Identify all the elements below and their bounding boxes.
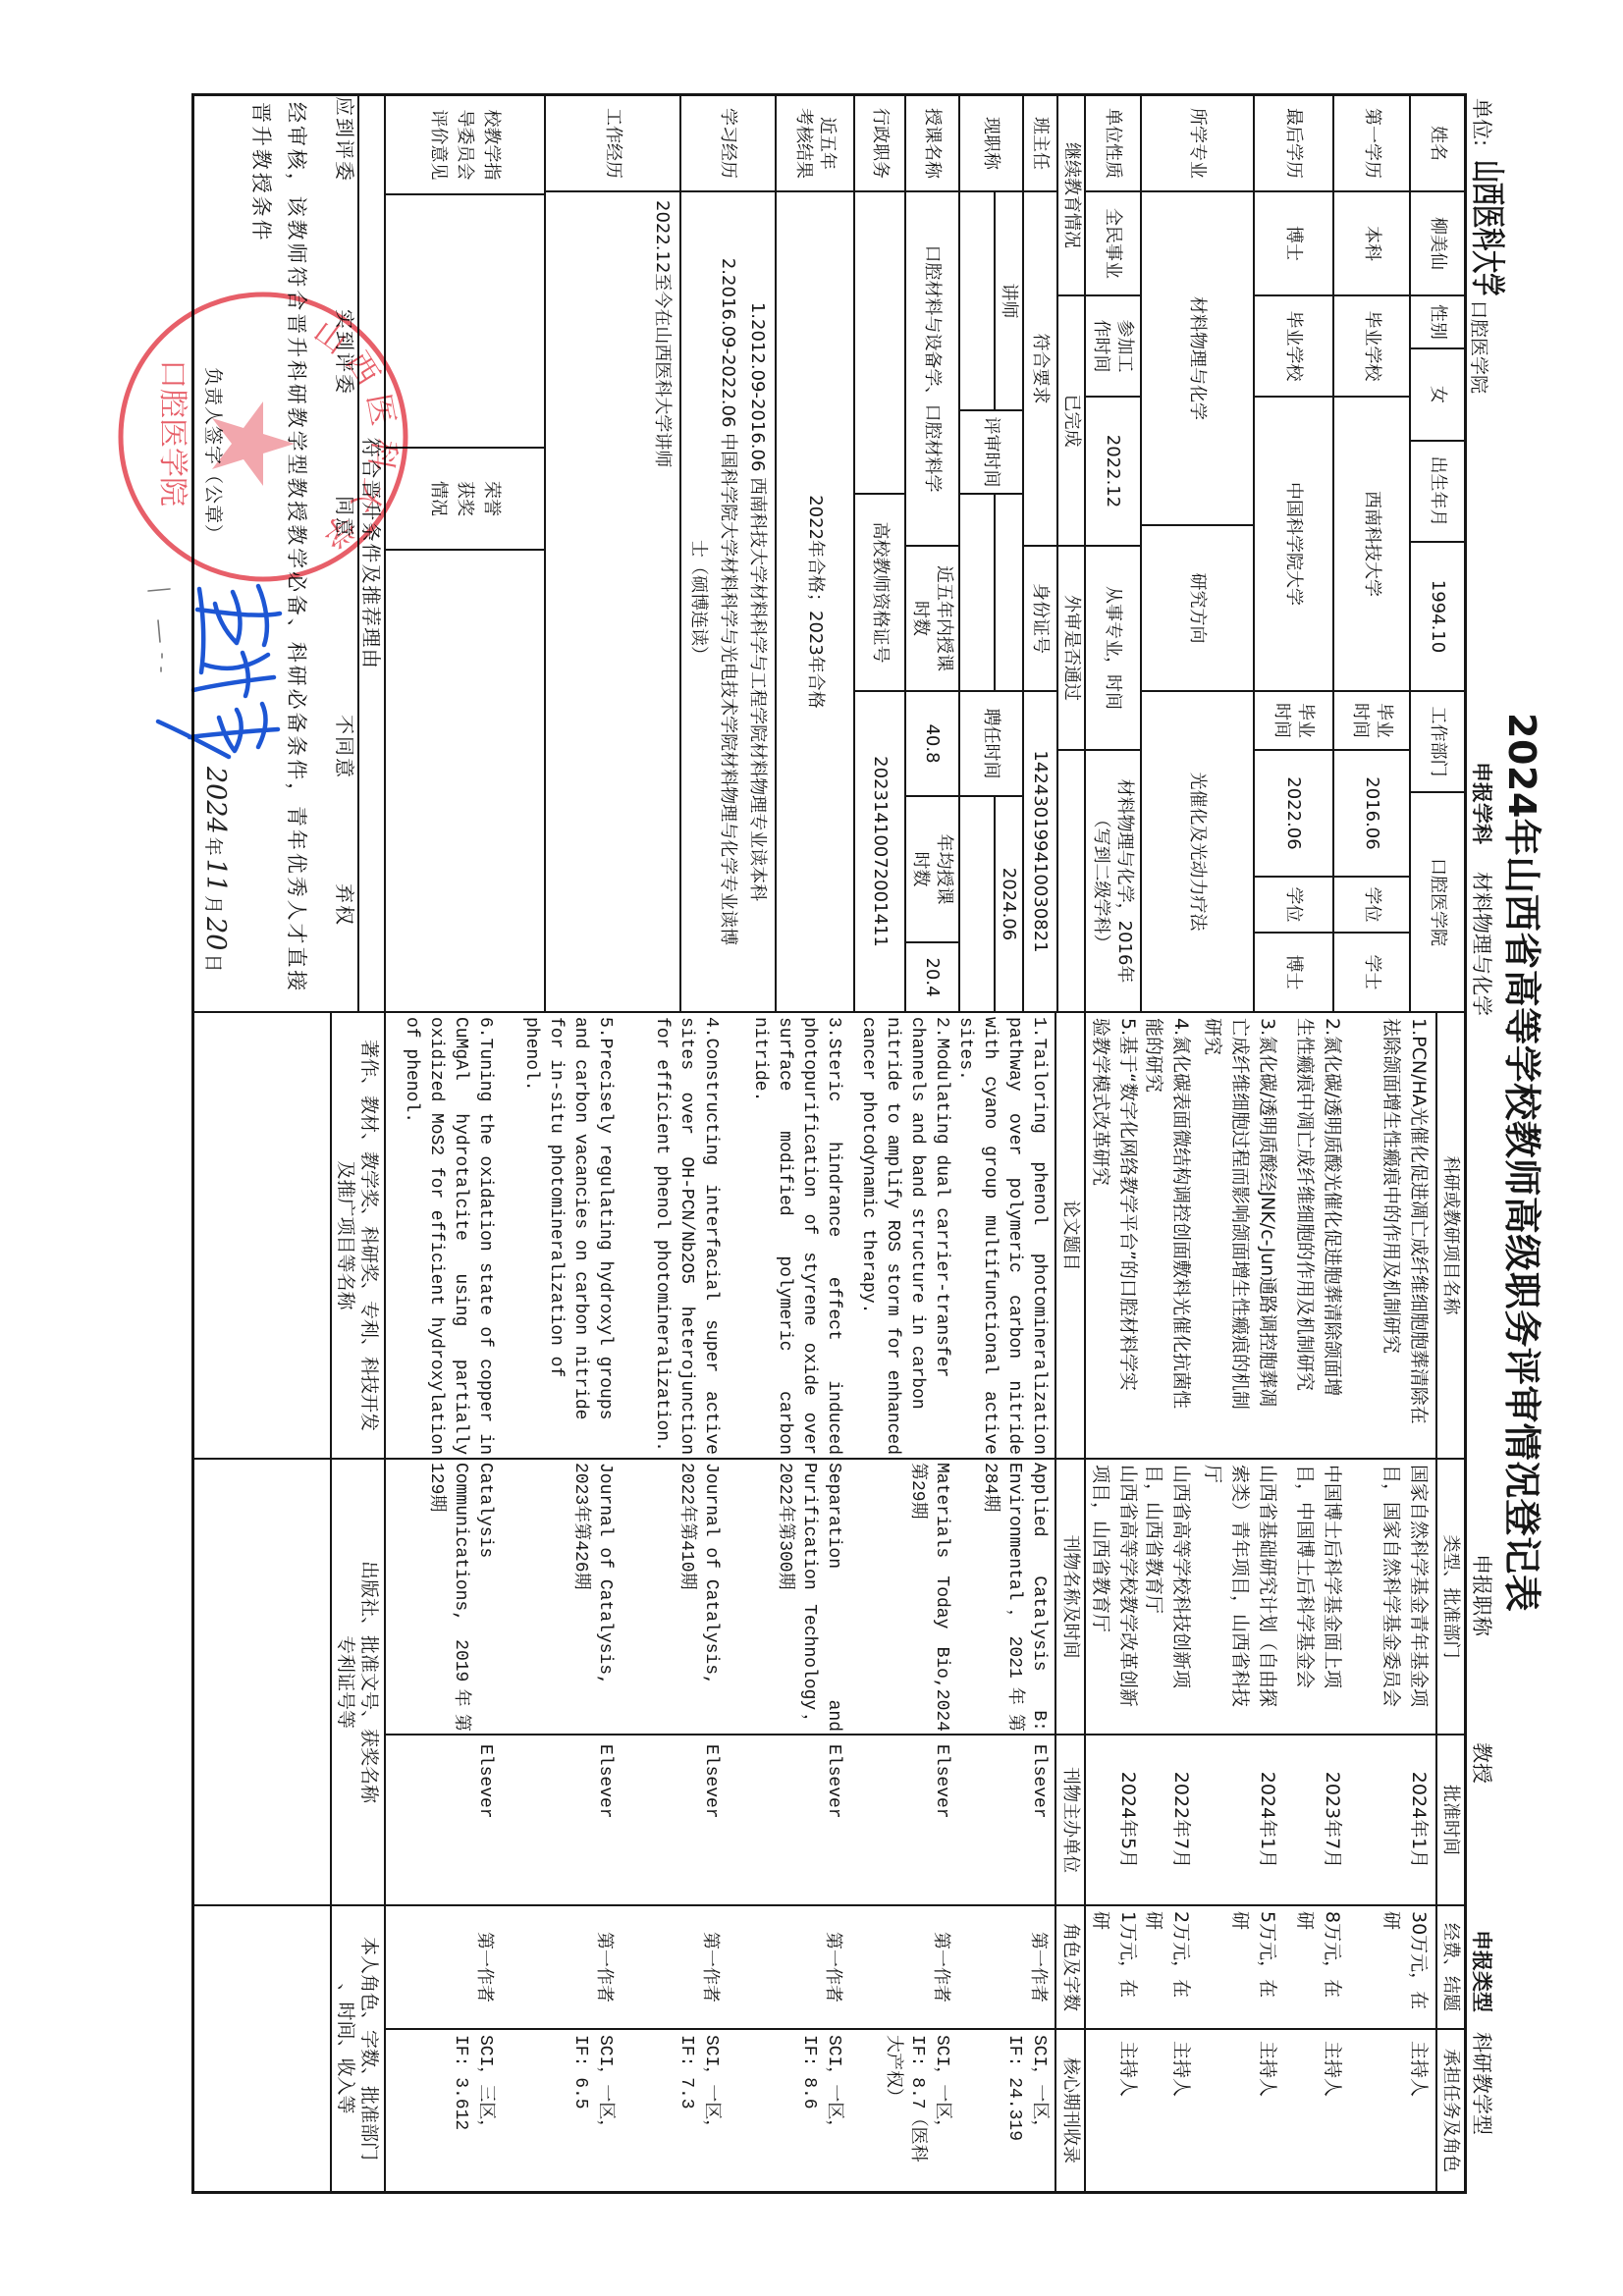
review-time-blank bbox=[959, 494, 995, 691]
project-role: 主持人 bbox=[1114, 2041, 1142, 2188]
works-column-publisher bbox=[193, 1459, 331, 1905]
first-education-label: 第一学历 bbox=[1333, 95, 1410, 191]
paper-role: 第一作者 bbox=[592, 1905, 617, 2029]
id-number-value: 142430199410030821 bbox=[1023, 691, 1057, 1012]
paper-title-line: nitride to amplify ROS storm for enhance… bbox=[880, 1017, 904, 1455]
paper-title-line: for in-situ photomineralization of bbox=[543, 1017, 568, 1455]
paper-publisher: Elsever bbox=[821, 1744, 845, 1901]
paper-title: 1.Tailoring phenol photomineralization p… bbox=[952, 1017, 1051, 1455]
head-teacher-label: 班主任 bbox=[1023, 95, 1057, 191]
project-approval: 国家自然科学基金青年基金项 目，国家自然科学基金委员会 bbox=[1378, 1465, 1433, 1732]
project-approval: 山西省高等学校教学改革创新 项目，山西省教育厅 bbox=[1087, 1465, 1142, 1732]
project-header-role: 承担任务及角色 bbox=[1436, 2029, 1465, 2192]
date-day-unit: 日 bbox=[201, 953, 228, 972]
paper-journal-line: 2023年第426期 bbox=[568, 1463, 592, 1732]
work-dept-value: 口腔医学院 bbox=[1410, 792, 1465, 1012]
paper-journal-line: 284期 bbox=[977, 1463, 1001, 1732]
paper-title: 2.Modulating dual carrier-transfer chann… bbox=[855, 1017, 953, 1455]
project-date: 2024年5月 bbox=[1114, 1735, 1142, 1905]
admin-post-value bbox=[854, 191, 905, 494]
paper-title: 6.Tuning the oxidation state of copper i… bbox=[399, 1017, 497, 1455]
paper-indexing: SCI，三区， IF: 3.612 bbox=[448, 2035, 497, 2190]
appoint-time-value: 2024.06 bbox=[995, 796, 1023, 1012]
teacher-cert-value: 20231410072001411 bbox=[854, 691, 905, 1012]
paper-role: 第一作者 bbox=[698, 1905, 723, 2029]
works-header-publisher: 出版社、批准文号、获奖名称 专利证号等 bbox=[331, 1459, 385, 1905]
last-grad-value: 2022.06 bbox=[1254, 750, 1333, 877]
project-name: 4.氮化碳表面微结构调控创面敷料光催化抗菌性 能的研究 bbox=[1140, 1018, 1195, 1456]
first-education-value: 本科 bbox=[1333, 191, 1410, 295]
paper-title-line: photopurification of styrene oxide over bbox=[796, 1017, 821, 1455]
paper-indexing: SCI，一区， IF: 24.319 bbox=[1001, 2035, 1051, 2190]
paper-indexing: SCI，一区， IF: 7.3 bbox=[674, 2035, 723, 2190]
paper-title: 5.Precisely regulating hydroxyl groups a… bbox=[518, 1017, 617, 1455]
paper-journal-line: Purification Technology， bbox=[796, 1463, 821, 1732]
unit-department: 口腔医学院 bbox=[1466, 300, 1491, 394]
external-review-value bbox=[1057, 750, 1085, 1012]
seal-star-icon bbox=[212, 401, 295, 486]
paper-header-journal: 刊物名称及时间 bbox=[1055, 1459, 1085, 1735]
project-approval: 中国博士后科学基金面上项 目，中国博士后科学基金会 bbox=[1291, 1465, 1346, 1732]
continuing-education-value: 已完成 bbox=[1057, 295, 1085, 546]
external-review-label: 外审是否通过 bbox=[1057, 546, 1085, 750]
current-title-label: 现职称 bbox=[959, 95, 1023, 191]
paper-indexing: SCI，一区， IF: 8.7（医科 大产权） bbox=[880, 2035, 953, 2190]
assessment-label: 近五年 考核结果 bbox=[776, 95, 854, 191]
paper-title-line: for efficient phenol photomineralization… bbox=[649, 1017, 674, 1455]
study-history-label: 学习经历 bbox=[680, 95, 776, 191]
appoint-time-blank bbox=[959, 796, 995, 1012]
project-role: 主持人 bbox=[1405, 2041, 1433, 2188]
seal-arc-textpath: 山西医科大学 bbox=[307, 312, 405, 561]
abstain-label: 弃权 bbox=[333, 883, 356, 927]
paper-header-indexing: 核心期刊收录 bbox=[1055, 2029, 1085, 2192]
paper-role: 第一作者 bbox=[1026, 1905, 1051, 2029]
date-year-unit: 年 bbox=[201, 837, 228, 856]
paper-journal-line: 2022年第410期 bbox=[674, 1463, 698, 1732]
paper-title-line: nitride. bbox=[747, 1017, 772, 1455]
project-approval: 山西省基础研究计划（自由探 索类）青年项目，山西省科技 厅 bbox=[1199, 1465, 1281, 1732]
courses-value: 口腔材料与设备学、口腔材料学 bbox=[905, 191, 959, 546]
current-title-value: 讲师 bbox=[995, 191, 1023, 410]
project-funding: 5万元，在 研 bbox=[1226, 1911, 1281, 2025]
subject-value: 材料物理与化学 bbox=[1469, 872, 1494, 1016]
last-school-label: 毕业学校 bbox=[1254, 295, 1333, 397]
unit-name: 山西医科大学 bbox=[1466, 160, 1509, 295]
seal-center-text: 口腔医学院 bbox=[155, 359, 189, 507]
paper-role: 第一作者 bbox=[821, 1905, 845, 2029]
teaching-hours-5yr-label: 近五年内授课 时数 bbox=[905, 546, 959, 691]
applied-type-label: 申报类型 bbox=[1469, 1930, 1494, 2012]
paper-title-line: sites. bbox=[952, 1017, 977, 1455]
project-name: 2.氮化碳/透明质酸光催化促进胞葬清除颌面增 生性瘢痕中凋亡成纤维细胞的作用及机… bbox=[1291, 1018, 1346, 1456]
study-history-value: 1.2012.09-2016.06 西南科技大学材料科学与工程学院材料物理专业读… bbox=[680, 191, 776, 1012]
paper-journal-line: 129期 bbox=[423, 1463, 448, 1732]
work-history-value: 2022.12至今在山西医科大学讲师 bbox=[545, 191, 680, 1012]
continuing-education-label: 继续教育情况 bbox=[1057, 95, 1085, 295]
paper-indexing: SCI，一区， IF: 8.6 bbox=[796, 2035, 845, 2190]
paper-title-line: 5.Precisely regulating hydroxyl groups bbox=[592, 1017, 617, 1455]
paper-title: 4.Constructing interfacial super active … bbox=[649, 1017, 723, 1455]
date-month-unit: 月 bbox=[201, 895, 228, 914]
official-seal-stamp: 山西医科大学 口腔医学院 bbox=[116, 290, 410, 584]
seal-arc-text: 山西医科大学 bbox=[307, 312, 405, 561]
project-header-name: 科研或教研项目名称 bbox=[1436, 1012, 1465, 1459]
applied-title-value: 教授 bbox=[1469, 1742, 1494, 1784]
paper-title: 3.Steric hindrance effect induced photop… bbox=[747, 1017, 845, 1455]
first-degree-value: 学士 bbox=[1333, 933, 1410, 1012]
paper-title-line: 6.Tuning the oxidation state of copper i… bbox=[472, 1017, 497, 1455]
paper-title-line: 1.Tailoring phenol photomineralization bbox=[1026, 1017, 1051, 1455]
project-header-approval: 类型、批准部门 bbox=[1436, 1459, 1465, 1735]
specialty-value: 材料物理与化学，2016年 （写到二级学科） bbox=[1085, 750, 1141, 1012]
project-date: 2022年7月 bbox=[1167, 1735, 1195, 1905]
paper-title-line: cancer photodynamic therapy. bbox=[855, 1017, 880, 1455]
project-funding: 30万元，在 研 bbox=[1378, 1911, 1433, 2025]
paper-journal-line: Separation and bbox=[821, 1463, 845, 1732]
paper-title-line: pathway over polymeric carbon nitride bbox=[1001, 1017, 1026, 1455]
major-value: 材料物理与化学 bbox=[1141, 191, 1254, 525]
last-school-value: 中国科学院大学 bbox=[1254, 397, 1333, 691]
last-education-value: 博士 bbox=[1254, 191, 1333, 295]
project-name: 1.PCN/HA光催化促进凋亡成纤维细胞胞葬清除在 祛除颌面增生性瘢痕中的作用及… bbox=[1378, 1018, 1433, 1456]
appoint-time-label: 聘任时间 bbox=[959, 691, 1023, 796]
project-funding: 2万元，在 研 bbox=[1140, 1911, 1195, 2025]
pencil-marks bbox=[142, 581, 176, 689]
disagree-label: 不同意 bbox=[333, 715, 356, 779]
paper-role: 第一作者 bbox=[929, 1905, 953, 2029]
project-role: 主持人 bbox=[1167, 2041, 1195, 2188]
gender-label: 性别 bbox=[1410, 295, 1465, 348]
birth-label: 出生年月 bbox=[1410, 441, 1465, 542]
committee-opinion-label: 校教学指 导委员会 评价意见 bbox=[385, 95, 545, 194]
project-funding: 1万元，在 研 bbox=[1087, 1911, 1142, 2025]
paper-publisher: Elsever bbox=[698, 1744, 723, 1901]
paper-journal-line: Communications, 2019年第 bbox=[448, 1463, 472, 1732]
project-date: 2024年1月 bbox=[1405, 1735, 1433, 1905]
unit-nature-label: 单位性质 bbox=[1085, 95, 1141, 191]
paper-journal-line: Applied Catalysis B: bbox=[1026, 1463, 1051, 1732]
first-degree-label: 学位 bbox=[1333, 877, 1410, 933]
review-date: 2024 年 11 月 20 日 bbox=[200, 767, 231, 975]
paper-journal-line: Catalysis bbox=[472, 1463, 497, 1732]
paper-title-line: sites over OH-PCN/Nb2O5 heterojunction bbox=[674, 1017, 698, 1455]
last-degree-value: 博士 bbox=[1254, 933, 1333, 1012]
head-teacher-value: 符合要求 bbox=[1023, 191, 1057, 546]
name-value: 柳美仙 bbox=[1410, 191, 1465, 295]
paper-publisher: Elsever bbox=[472, 1744, 497, 1901]
courses-label: 授课名称 bbox=[905, 95, 959, 191]
paper-journal-line: 2022年第300期 bbox=[772, 1463, 796, 1732]
paper-title-line: 3.Steric hindrance effect induced bbox=[821, 1017, 845, 1455]
paper-title-line: surface modified polymeric carbon bbox=[772, 1017, 796, 1455]
works-column-role bbox=[193, 1905, 331, 2192]
paper-journal: Journal of Catalysis, 2022年第410期 bbox=[674, 1463, 723, 1732]
work-start-label: 参加工 作时间 bbox=[1085, 295, 1141, 397]
review-time-label: 评审时间 bbox=[959, 410, 1023, 494]
assessment-value: 2022年合格；2023年合格 bbox=[776, 191, 854, 1012]
paper-title-line: with cyano group multifunctional active bbox=[977, 1017, 1001, 1455]
works-header-name: 著作、教材、教学奖、科研奖、专利、科技开发 及推广项目等名称 bbox=[331, 1012, 385, 1459]
paper-title-line: 4.Constructing interfacial super active bbox=[698, 1017, 723, 1455]
first-grad-label: 毕业 时间 bbox=[1333, 691, 1410, 750]
paper-journal-line: Journal of Catalysis, bbox=[592, 1463, 617, 1732]
project-date: 2024年1月 bbox=[1254, 1735, 1281, 1905]
paper-journal-line: 第29期 bbox=[904, 1463, 929, 1732]
date-day: 20 bbox=[200, 917, 231, 950]
project-name: 5.基于“数字化网络教学平台”的口腔材料学实 验教学模式改革研究 bbox=[1087, 1018, 1142, 1456]
honors-value bbox=[385, 550, 545, 1012]
paper-journal-line: Materials Today Bio,2024 bbox=[929, 1463, 953, 1732]
paper-journal: Catalysis Communications, 2019年第 129期 bbox=[423, 1463, 497, 1732]
paper-title-line: CuMgAl hydrotalcite using partially bbox=[448, 1017, 472, 1455]
teaching-hours-avg-label: 年均授课 时数 bbox=[905, 796, 959, 942]
paper-title-line: channels and band structure in carbon bbox=[904, 1017, 929, 1455]
unit-label: 单位: bbox=[1469, 98, 1494, 146]
first-school-value: 西南科技大学 bbox=[1333, 397, 1410, 691]
name-label: 姓名 bbox=[1410, 95, 1465, 191]
project-approval: 山西省高等学校科技创新项 目，山西省教育厅 bbox=[1140, 1465, 1195, 1732]
paper-title-line: oxidized MoS2 for efficient hydroxylatio… bbox=[423, 1017, 448, 1455]
paper-title-line: of phenol. bbox=[399, 1017, 423, 1455]
paper-role: 第一作者 bbox=[472, 1905, 497, 2029]
paper-publisher: Elsever bbox=[1026, 1744, 1051, 1901]
last-degree-label: 学位 bbox=[1254, 877, 1333, 933]
teaching-hours-avg-value: 20.4 bbox=[905, 942, 959, 1012]
first-school-label: 毕业学校 bbox=[1333, 295, 1410, 397]
paper-journal-line: Journal of Catalysis, bbox=[698, 1463, 723, 1732]
applied-type-value: 科研教学型 bbox=[1469, 2032, 1494, 2135]
expected-reviewers-label: 应到评委 bbox=[333, 96, 356, 183]
birth-value: 1994.10 bbox=[1410, 542, 1465, 691]
paper-publisher: Elsever bbox=[929, 1744, 953, 1901]
paper-publisher: Elsever bbox=[592, 1744, 617, 1901]
paper-journal: Separation and Purification Technology， … bbox=[772, 1463, 845, 1732]
works-column-name bbox=[193, 1012, 331, 1459]
unit-nature-value: 全民事业 bbox=[1085, 191, 1141, 295]
paper-journal-line: Environmental，2021年第 bbox=[1001, 1463, 1026, 1732]
paper-title-line: 2.Modulating dual carrier-transfer bbox=[929, 1017, 953, 1455]
project-header-date: 批准时间 bbox=[1436, 1735, 1465, 1905]
admin-post-label: 行政职务 bbox=[854, 95, 905, 191]
work-dept-label: 工作部门 bbox=[1410, 691, 1465, 792]
project-header-funding: 经费、结题 bbox=[1436, 1905, 1465, 2029]
last-education-label: 最后学历 bbox=[1254, 95, 1333, 191]
form-title: 2024年山西省高等学校教师高级职务评审情况登记表 bbox=[1501, 713, 1542, 1612]
gender-value: 女 bbox=[1410, 348, 1465, 441]
specialty-label: 从事专业，时间 bbox=[1085, 546, 1141, 750]
current-title-blank bbox=[959, 191, 995, 410]
id-number-label: 身份证号 bbox=[1023, 546, 1057, 691]
major-label: 所学专业 bbox=[1141, 95, 1254, 191]
project-funding: 8万元，在 研 bbox=[1291, 1911, 1346, 2025]
review-time-value bbox=[995, 494, 1023, 691]
project-date: 2023年7月 bbox=[1319, 1735, 1346, 1905]
work-start-value: 2022.12 bbox=[1085, 397, 1141, 546]
paper-header-title: 论文题目 bbox=[1055, 1012, 1085, 1459]
work-history-label: 工作经历 bbox=[545, 95, 680, 191]
applied-title-label: 申报职称 bbox=[1469, 1554, 1494, 1636]
paper-header-role: 角色及字数 bbox=[1055, 1905, 1085, 2029]
research-direction-value: 光催化及光动力疗法 bbox=[1141, 691, 1254, 1012]
paper-title-line: phenol. bbox=[518, 1017, 543, 1455]
project-name: 3.氮化碳/透明质酸经JNK/c-Jun通路调控胞葬凋 亡成纤维细胞过程而影响颌… bbox=[1199, 1018, 1281, 1456]
last-grad-label: 毕业 时间 bbox=[1254, 691, 1333, 750]
date-year: 2024 bbox=[200, 767, 231, 834]
paper-indexing: SCI，一区， IF: 6.5 bbox=[568, 2035, 617, 2190]
paper-journal: Applied Catalysis B: Environmental，2021年… bbox=[977, 1463, 1051, 1732]
subject-label: 申报学科 bbox=[1469, 762, 1494, 844]
paper-journal: Materials Today Bio,2024 第29期 bbox=[904, 1463, 953, 1732]
paper-header-publisher: 刊物主办单位 bbox=[1055, 1735, 1085, 1905]
project-role: 主持人 bbox=[1254, 2041, 1281, 2188]
works-header-role: 本人角色、字数、批准部门 、时间、收入等 bbox=[331, 1905, 385, 2192]
teacher-cert-label: 高校教师资格证号 bbox=[854, 494, 905, 691]
teaching-hours-5yr-value: 40.8 bbox=[905, 691, 959, 796]
date-month: 11 bbox=[200, 859, 231, 892]
paper-journal: Journal of Catalysis, 2023年第426期 bbox=[568, 1463, 617, 1732]
scanned-form-page: 2024年山西省高等学校教师高级职务评审情况登记表 单位: 山西医科大学 口腔医… bbox=[0, 0, 1623, 2296]
paper-title-line: and carbon vacancies on carbon nitride bbox=[568, 1017, 592, 1455]
first-grad-value: 2016.06 bbox=[1333, 750, 1410, 877]
research-direction-label: 研究方向 bbox=[1141, 525, 1254, 691]
project-role: 主持人 bbox=[1319, 2041, 1346, 2188]
